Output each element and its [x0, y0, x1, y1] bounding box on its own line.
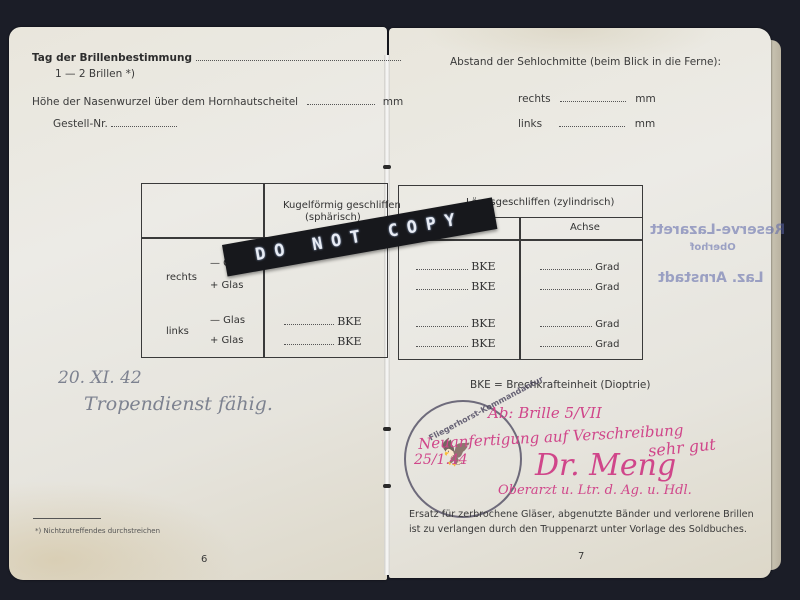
pupil-distance-label: Abstand der Sehlochmitte (beim Blick in …	[450, 56, 721, 68]
page-number-right: 7	[578, 551, 584, 562]
ink-note-line1: Ab: Brille 5/VII	[488, 404, 602, 422]
axis-column-header: Achse	[570, 222, 600, 233]
faint-stamp-line: Reserve-Lazarett	[650, 222, 785, 238]
ink-signature: Dr. Meng	[535, 448, 676, 483]
instruction-line1: Ersatz für zerbrochene Gläser, abgenutzt…	[409, 509, 754, 520]
ink-date: 25/1.44	[414, 452, 468, 468]
glasses-count: 1 — 2 Brillen *)	[55, 68, 135, 80]
binding-stitch	[383, 165, 391, 169]
axis-row-1: Grad	[540, 261, 620, 273]
frame-no-blank	[111, 118, 177, 127]
pupil-left-field: links mm	[518, 118, 655, 130]
table-divider	[263, 183, 265, 358]
row-label-left: links	[166, 326, 189, 337]
page-number-left: 6	[201, 554, 207, 565]
cyl-row-2: BKE	[416, 280, 496, 293]
left-plus-sph-value: BKE	[284, 335, 362, 348]
cyl-row-4: BKE	[416, 337, 496, 350]
left-minus-glass: — Glas	[210, 315, 245, 326]
handwritten-note: Tropendienst fähig.	[84, 393, 273, 415]
nose-height-blank	[307, 96, 375, 105]
nose-height-field: Höhe der Nasenwurzel über dem Hornhautsc…	[32, 96, 403, 108]
nose-height-unit: mm	[383, 96, 403, 108]
nose-height-label: Höhe der Nasenwurzel über dem Hornhautsc…	[32, 96, 298, 108]
binding-stitch	[383, 427, 391, 431]
date-label: Tag der Brillenbestimmung	[32, 52, 192, 64]
date-blank	[196, 52, 401, 61]
footnote: *) Nichtzutreffendes durchstreichen	[35, 527, 160, 535]
table-divider	[519, 217, 521, 360]
pupil-left-label: links	[518, 118, 542, 130]
pupil-right-unit: mm	[635, 93, 655, 105]
date-field: Tag der Brillenbestimmung	[32, 52, 401, 64]
cyl-row-1: BKE	[416, 260, 496, 273]
pupil-right-blank	[560, 93, 626, 102]
left-plus-glass: + Glas	[210, 335, 243, 346]
ink-title: Oberarzt u. Ltr. d. Ag. u. Hdl.	[498, 483, 692, 498]
frame-no-label: Gestell-Nr.	[53, 118, 108, 130]
pupil-left-blank	[559, 118, 625, 127]
pupil-right-field: rechts mm	[518, 93, 656, 105]
pupil-right-label: rechts	[518, 93, 551, 105]
axis-row-4: Grad	[540, 338, 620, 350]
spherical-header: Kugelförmig geschliffen	[283, 200, 401, 211]
axis-row-2: Grad	[540, 281, 620, 293]
right-plus-glass: + Glas	[210, 280, 243, 291]
left-minus-sph-value: BKE	[284, 315, 362, 328]
bke-legend: BKE = Brechkrafteinheit (Dioptrie)	[470, 379, 650, 391]
axis-row-3: Grad	[540, 318, 620, 330]
frame-no-field: Gestell-Nr.	[53, 118, 177, 130]
faint-stamp-line: Oberhof	[690, 242, 736, 253]
binding-stitch	[383, 484, 391, 488]
instruction-line2: ist zu verlangen durch den Truppenarzt u…	[409, 524, 747, 535]
faint-stamp-line: Laz. Arnstadt	[658, 270, 764, 286]
pupil-left-unit: mm	[635, 118, 655, 130]
footnote-rule	[33, 518, 101, 519]
handwritten-date: 20. XI. 42	[58, 368, 142, 388]
cyl-row-3: BKE	[416, 317, 496, 330]
row-label-right: rechts	[166, 272, 197, 283]
